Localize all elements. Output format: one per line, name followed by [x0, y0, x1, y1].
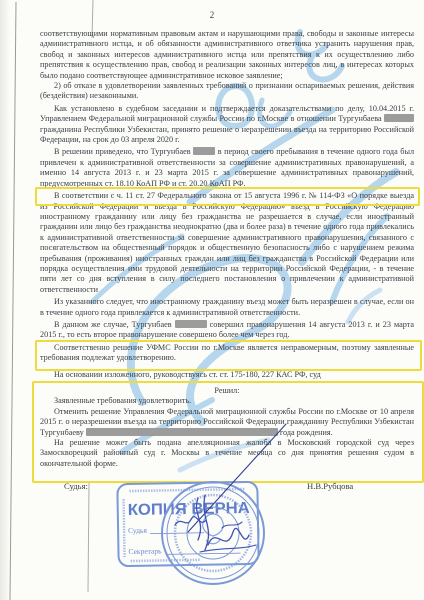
paragraph-text: года рождения.	[280, 428, 333, 437]
paragraph-text: В решении приведено, что Тургунбаев	[54, 147, 191, 156]
redaction-box	[193, 147, 215, 155]
redaction-box	[175, 320, 207, 328]
redaction-box	[86, 428, 278, 436]
copy-stamp: КОПИЯ ВЕРНА Судья Секретарь	[117, 482, 258, 566]
scan-edge-shade	[0, 0, 10, 600]
paragraph-text: гражданина Республики Узбекистан, принят…	[40, 125, 414, 144]
judge-label: Судья:	[64, 481, 88, 491]
copy-correct-text: КОПИЯ ВЕРНА	[128, 500, 251, 519]
body-paragraph: Отменить решение Управления Федеральной …	[40, 407, 414, 438]
body-paragraph: Как установлено в судебном заседании и п…	[40, 104, 414, 146]
body-paragraph: На решение может быть подана апелляционн…	[40, 438, 414, 469]
body-paragraph: Из указанного следует, что иностранному …	[40, 297, 414, 318]
stamp-judge-label: Судья	[128, 526, 147, 535]
body-paragraph: Заявленные требования удовлетворить.	[40, 396, 414, 406]
scanned-court-decision-page: 2 соответствующими нормативным правовым …	[0, 0, 424, 600]
paragraph-text: Как установлено в судебном заседании и п…	[40, 104, 414, 123]
page-number: 2	[0, 10, 424, 20]
body-paragraph: Соответственно решение УФМС России по г.…	[40, 343, 414, 364]
body-paragraph: соответствующими нормативным правовым ак…	[40, 29, 414, 81]
round-seal	[162, 482, 264, 584]
body-paragraph: На основании изложенного, руководствуясь…	[40, 370, 414, 380]
paragraph-text: В данном же случае, Тургунбаев	[54, 320, 172, 329]
resolution-heading: Решил:	[40, 386, 414, 396]
decision-body: соответствующими нормативным правовым ак…	[40, 29, 414, 469]
stamp-secretary-label: Секретарь	[128, 546, 162, 556]
body-paragraph: 2) об отказе в удовлетворении заявленных…	[40, 81, 414, 102]
redaction-box	[384, 114, 414, 122]
body-paragraph: В данном же случае, Тургунбаев совершил …	[40, 320, 414, 341]
body-paragraph: В решении приведено, что Тургунбаев в пе…	[40, 147, 414, 189]
judge-name: Н.В.Рубцова	[307, 481, 353, 491]
body-paragraph: В соответствии с ч. 11 ст. 27 Федерально…	[40, 191, 414, 295]
